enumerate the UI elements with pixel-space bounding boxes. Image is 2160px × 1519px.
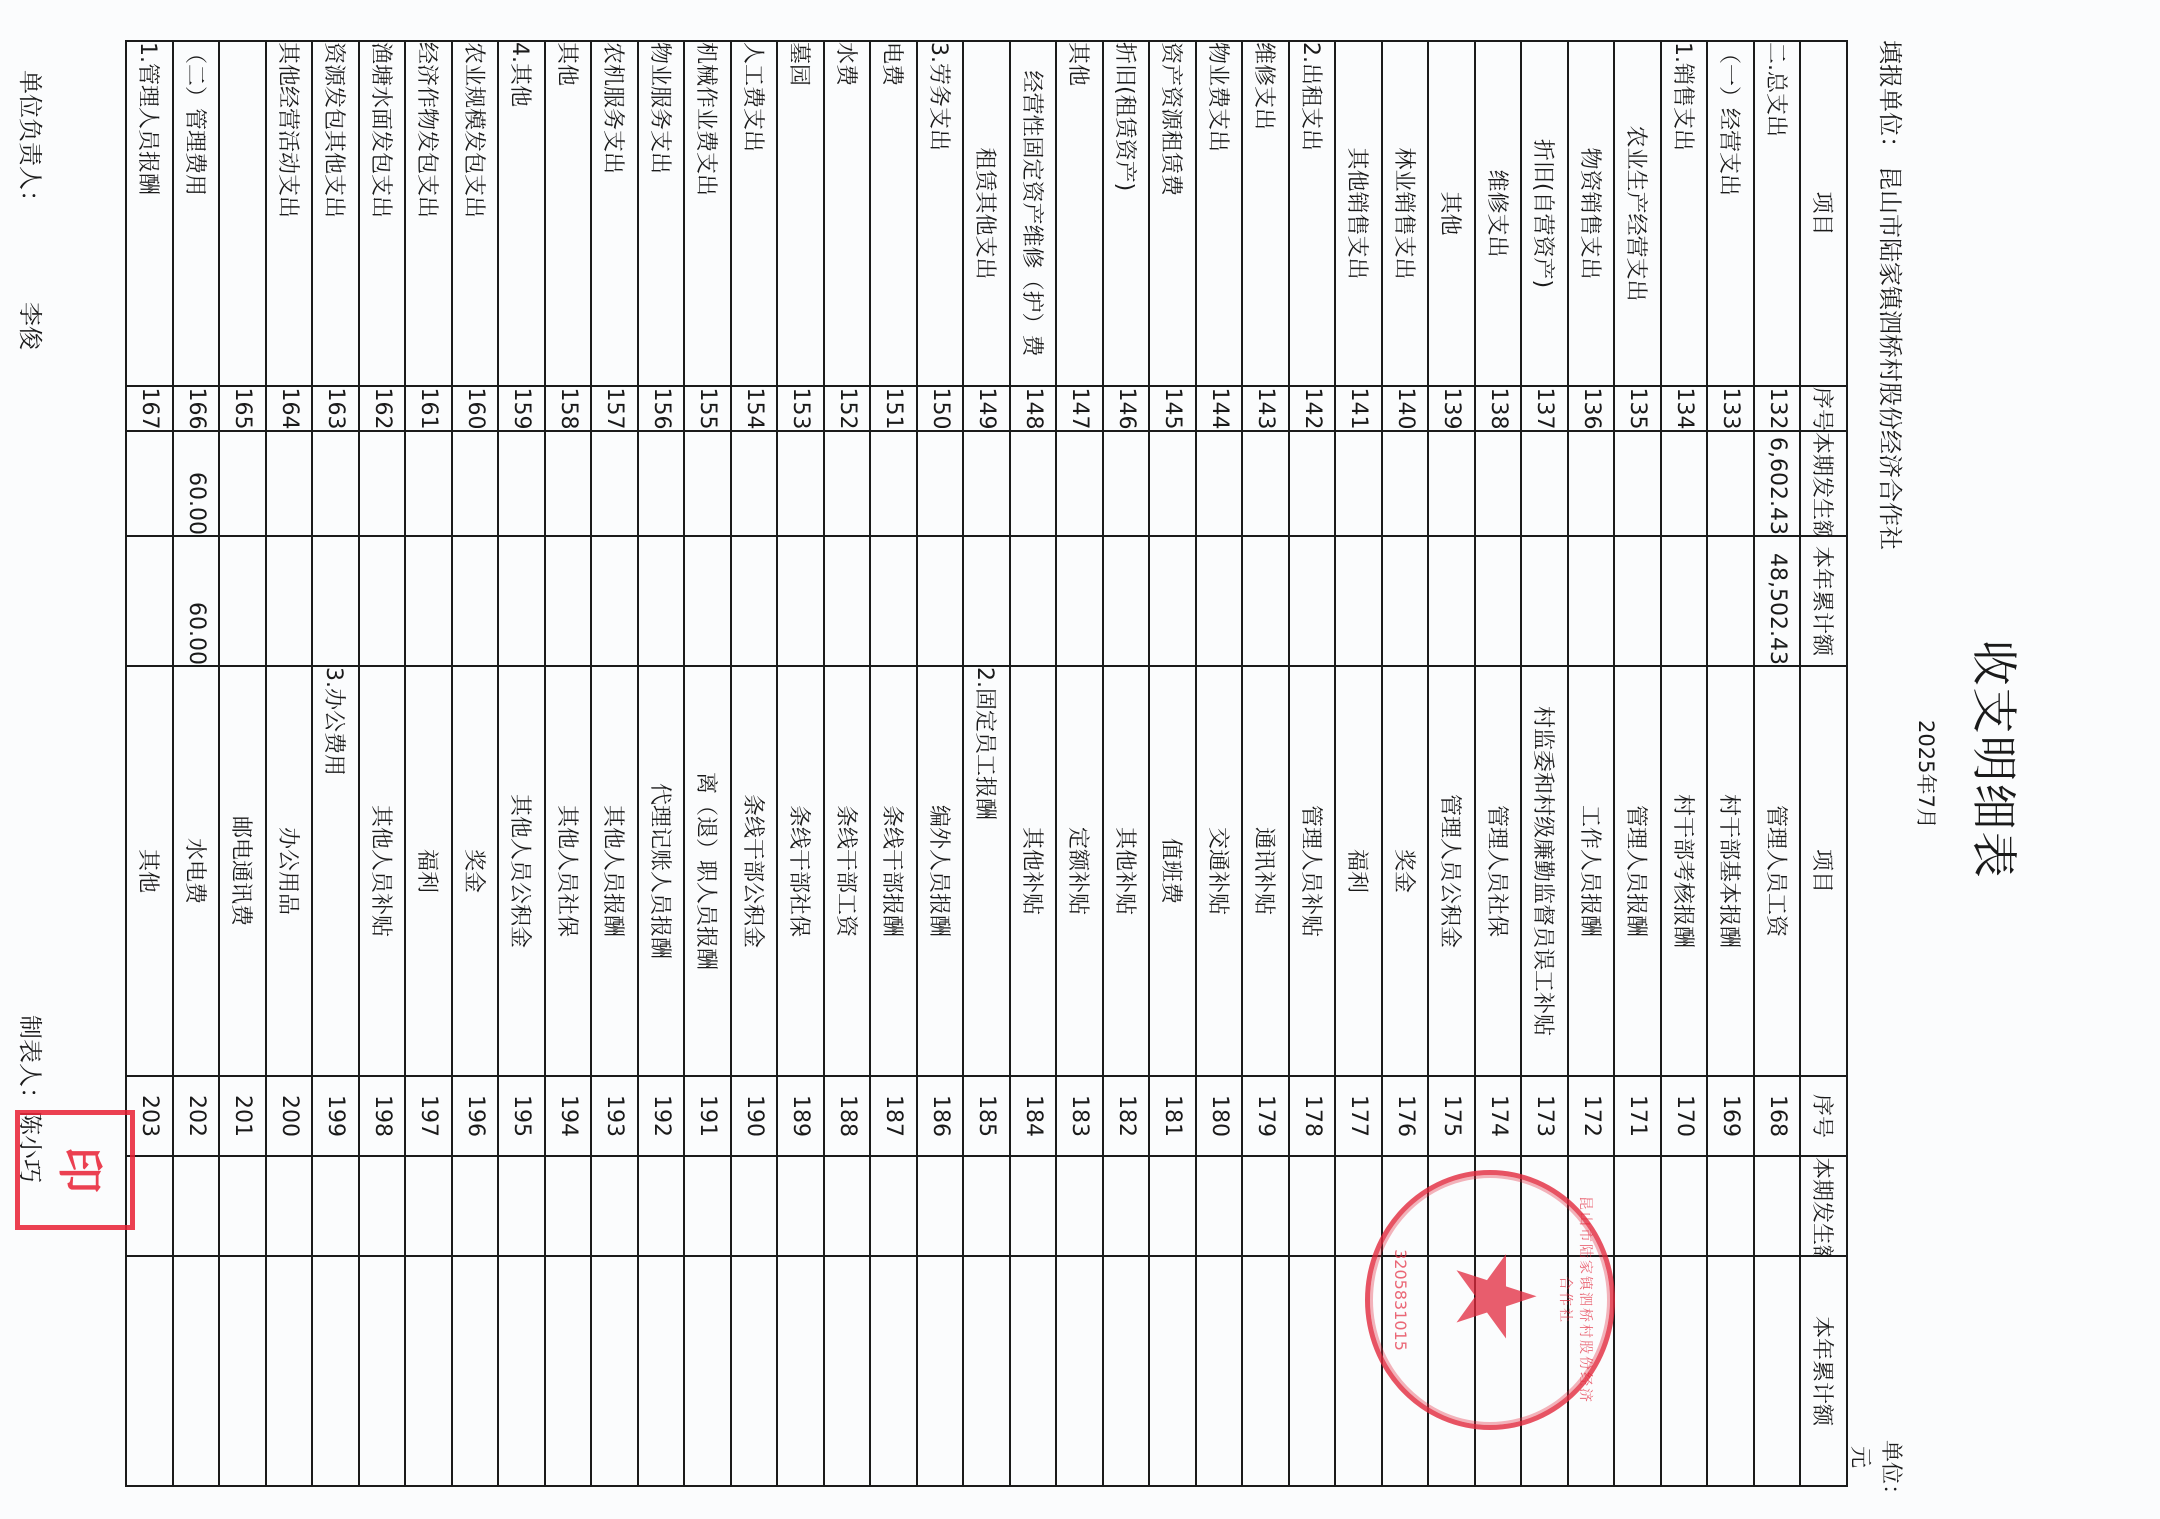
seq-cell: 135 [1615, 386, 1662, 431]
seq-cell: 132 [1754, 386, 1801, 431]
unit-head-name: 李俊 [16, 302, 44, 350]
seq-cell: 195 [499, 1076, 546, 1156]
ytd-amount-cell [964, 1256, 1011, 1486]
current-amount-cell [1103, 431, 1150, 536]
item-cell: 福利 [406, 666, 453, 1076]
item-cell: 编外人员报酬 [917, 666, 964, 1076]
current-amount-cell [1615, 431, 1662, 536]
current-amount-cell [1150, 1156, 1197, 1256]
current-amount-cell [1708, 431, 1755, 536]
item-cell: 值班费 [1150, 666, 1197, 1076]
ytd-amount-cell [1103, 1256, 1150, 1486]
current-amount-cell [1336, 1156, 1383, 1256]
current-amount-cell: 60.00 [173, 431, 220, 536]
item-cell: 林业销售支出 [1382, 41, 1429, 386]
item-cell: 管理人员报酬 [1615, 666, 1662, 1076]
current-amount-cell [499, 1156, 546, 1256]
preparer-label: 制表人： [16, 1015, 44, 1111]
seal-code: 3205831015 [1391, 1205, 1410, 1395]
item-cell: 墓园 [778, 41, 825, 386]
seq-cell: 192 [638, 1076, 685, 1156]
ytd-amount-cell [1010, 536, 1057, 666]
table-row: 水费152条线干部工资188 [824, 41, 871, 1486]
table-row: 渔塘水面发包支出162其他人员补贴198 [359, 41, 406, 1486]
table-row: 1.销售支出134村干部考核报酬170 [1661, 41, 1708, 1486]
item-cell: 其他 [127, 666, 174, 1076]
current-amount-cell [731, 431, 778, 536]
ytd-amount-cell [1382, 536, 1429, 666]
table-row: 1.管理人员报酬167其他203 [127, 41, 174, 1486]
current-amount-cell [266, 1156, 313, 1256]
item-cell [220, 41, 267, 386]
current-amount-cell: 6,602.43 [1754, 431, 1801, 536]
seq-cell: 163 [313, 386, 360, 431]
ytd-amount-cell [592, 536, 639, 666]
table-row: 物业费支出144交通补贴180 [1196, 41, 1243, 1486]
seq-cell: 145 [1150, 386, 1197, 431]
seq-cell: 193 [592, 1076, 639, 1156]
seq-cell: 160 [452, 386, 499, 431]
table-row: 折旧(租赁资产)146其他补贴182 [1103, 41, 1150, 1486]
ytd-amount-cell [313, 536, 360, 666]
ytd-amount-cell [1615, 1256, 1662, 1486]
item-cell: 管理人员补贴 [1289, 666, 1336, 1076]
ytd-amount-cell [1475, 536, 1522, 666]
ytd-amount-cell [545, 536, 592, 666]
table-row: 3.劳务支出150编外人员报酬186 [917, 41, 964, 1486]
current-amount-cell [824, 431, 871, 536]
ytd-amount-cell [917, 536, 964, 666]
seq-cell: 197 [406, 1076, 453, 1156]
unit-head-signature: 单位负责人：李俊 [15, 70, 50, 350]
ytd-amount-cell [1708, 536, 1755, 666]
seq-cell: 180 [1196, 1076, 1243, 1156]
seq-cell: 138 [1475, 386, 1522, 431]
item-cell: 渔塘水面发包支出 [359, 41, 406, 386]
item-cell: 3.劳务支出 [917, 41, 964, 386]
current-amount-cell [1057, 1156, 1104, 1256]
item-cell: 物资销售支出 [1568, 41, 1615, 386]
current-amount-cell [1429, 431, 1476, 536]
ytd-amount-cell [127, 1256, 174, 1486]
item-cell: 管理人员工资 [1754, 666, 1801, 1076]
col-header-ytd: 本年累计额 [1801, 536, 1848, 666]
seq-cell: 196 [452, 1076, 499, 1156]
item-cell: 资产资源租赁费 [1150, 41, 1197, 386]
table-row: 机械作业费支出155离（退）职人员报酬191 [685, 41, 732, 1486]
seq-cell: 182 [1103, 1076, 1150, 1156]
ytd-amount-cell [685, 1256, 732, 1486]
current-amount-cell [1382, 431, 1429, 536]
current-amount-cell [406, 1156, 453, 1256]
ytd-amount-cell [1708, 1256, 1755, 1486]
current-amount-cell [1243, 431, 1290, 536]
seq-cell: 183 [1057, 1076, 1104, 1156]
item-cell: 其他人员报酬 [592, 666, 639, 1076]
item-cell: 经营性固定资产维修（护）费 [1010, 41, 1057, 386]
item-cell: 邮电通讯费 [220, 666, 267, 1076]
seq-cell: 159 [499, 386, 546, 431]
ytd-amount-cell [1103, 536, 1150, 666]
seq-cell: 168 [1754, 1076, 1801, 1156]
item-cell: 其他补贴 [1010, 666, 1057, 1076]
current-amount-cell [545, 1156, 592, 1256]
seq-cell: 167 [127, 386, 174, 431]
ytd-amount-cell [313, 1256, 360, 1486]
col-header-item: 项目 [1801, 666, 1848, 1076]
current-amount-cell [1754, 1156, 1801, 1256]
seq-cell: 149 [964, 386, 1011, 431]
official-round-seal: 昆山市陆家镇泗桥村股份经济合作社 ★ 3205831015 [1365, 1170, 1615, 1430]
current-amount-cell [1010, 431, 1057, 536]
current-amount-cell [313, 431, 360, 536]
current-amount-cell [1103, 1156, 1150, 1256]
current-amount-cell [359, 431, 406, 536]
item-cell: 水费 [824, 41, 871, 386]
seq-cell: 137 [1522, 386, 1569, 431]
item-cell: 经济作物发包支出 [406, 41, 453, 386]
ytd-amount-cell [1289, 536, 1336, 666]
ytd-amount-cell [685, 536, 732, 666]
reporting-unit-label: 填报单位： [1876, 40, 1904, 160]
ytd-amount-cell [1754, 1256, 1801, 1486]
item-cell: 物业服务支出 [638, 41, 685, 386]
seq-cell: 161 [406, 386, 453, 431]
item-cell: 村干部考核报酬 [1661, 666, 1708, 1076]
current-amount-cell [1615, 1156, 1662, 1256]
ytd-amount-cell [452, 1256, 499, 1486]
col-header-current: 本期发生额 [1801, 1156, 1848, 1256]
seq-cell: 190 [731, 1076, 778, 1156]
ytd-amount-cell [266, 1256, 313, 1486]
current-amount-cell [127, 431, 174, 536]
ytd-amount-cell [1010, 1256, 1057, 1486]
ytd-amount-cell [1661, 536, 1708, 666]
item-cell: 条线干部报酬 [871, 666, 918, 1076]
item-cell: 条线干部工资 [824, 666, 871, 1076]
seq-cell: 164 [266, 386, 313, 431]
ytd-amount-cell [1336, 536, 1383, 666]
current-amount-cell [1475, 431, 1522, 536]
seq-cell: 188 [824, 1076, 871, 1156]
table-row: 维修支出143通讯补贴179 [1243, 41, 1290, 1486]
seq-cell: 184 [1010, 1076, 1057, 1156]
item-cell: 交通补贴 [1196, 666, 1243, 1076]
current-amount-cell [1522, 431, 1569, 536]
table-row: 墓园153条线干部社保189 [778, 41, 825, 1486]
item-cell: 其他人员补贴 [359, 666, 406, 1076]
table-row: 物业服务支出156代理记账人员报酬192 [638, 41, 685, 1486]
item-cell: 2.出租支出 [1289, 41, 1336, 386]
current-amount-cell [1336, 431, 1383, 536]
ytd-amount-cell [1196, 1256, 1243, 1486]
ytd-amount-cell [499, 1256, 546, 1486]
current-amount-cell [917, 431, 964, 536]
current-amount-cell [1243, 1156, 1290, 1256]
ytd-amount-cell [871, 1256, 918, 1486]
item-cell: 其他 [1057, 41, 1104, 386]
item-cell: 管理人员公积金 [1429, 666, 1476, 1076]
item-cell: 电费 [871, 41, 918, 386]
table-row: 其他经营活动支出164办公用品200 [266, 41, 313, 1486]
current-amount-cell [452, 431, 499, 536]
seq-cell: 139 [1429, 386, 1476, 431]
ytd-amount-cell [1243, 1256, 1290, 1486]
ytd-amount-cell [406, 1256, 453, 1486]
ytd-amount-cell [638, 536, 685, 666]
ytd-amount-cell [220, 1256, 267, 1486]
current-amount-cell [1661, 1156, 1708, 1256]
col-header-ytd: 本年累计额 [1801, 1256, 1848, 1486]
ytd-amount-cell [220, 536, 267, 666]
seq-cell: 150 [917, 386, 964, 431]
table-row: 资产资源租赁费145值班费181 [1150, 41, 1197, 1486]
item-cell: 离（退）职人员报酬 [685, 666, 732, 1076]
seq-cell: 171 [1615, 1076, 1662, 1156]
item-cell: 人工费支出 [731, 41, 778, 386]
seal-ring-text: 昆山市陆家镇泗桥村股份经济合作社 [1556, 1193, 1596, 1407]
item-cell: 通讯补贴 [1243, 666, 1290, 1076]
current-amount-cell [1196, 1156, 1243, 1256]
ytd-amount-cell [1243, 536, 1290, 666]
item-cell: 条线干部公积金 [731, 666, 778, 1076]
ytd-amount-cell [452, 536, 499, 666]
col-header-item: 项目 [1801, 41, 1848, 386]
item-cell: 农业生产经营支出 [1615, 41, 1662, 386]
ytd-amount-cell [173, 1256, 220, 1486]
ytd-amount-cell [1057, 536, 1104, 666]
col-header-current: 本期发生额 [1801, 431, 1848, 536]
ytd-amount-cell [545, 1256, 592, 1486]
table-row: 租赁其他支出1492.固定员工报酬185 [964, 41, 1011, 1486]
item-cell: 村干部基本报酬 [1708, 666, 1755, 1076]
item-cell: 村监委和村级廉勤监督员误工补贴 [1522, 666, 1569, 1076]
item-cell: 其他人员社保 [545, 666, 592, 1076]
seq-cell: 152 [824, 386, 871, 431]
seq-cell: 141 [1336, 386, 1383, 431]
item-cell: 工作人员报酬 [1568, 666, 1615, 1076]
document-title: 收支明细表 [1964, 0, 2030, 1519]
statement-document: 收支明细表 2025年7月 填报单位：昆山市陆家镇泗桥村股份经济合作社 单位：元… [0, 0, 2160, 1519]
seq-cell: 178 [1289, 1076, 1336, 1156]
current-amount-cell [592, 431, 639, 536]
ytd-amount-cell [1522, 536, 1569, 666]
item-cell: 农业规模发包支出 [452, 41, 499, 386]
item-cell: 2.固定员工报酬 [964, 666, 1011, 1076]
current-amount-cell [778, 1156, 825, 1256]
table-row: 经济作物发包支出161福利197 [406, 41, 453, 1486]
item-cell: 管理人员社保 [1475, 666, 1522, 1076]
seq-cell: 133 [1708, 386, 1755, 431]
star-icon: ★ [1440, 1247, 1550, 1346]
ytd-amount-cell [1150, 536, 1197, 666]
current-amount-cell [220, 1156, 267, 1256]
item-cell: 资源发包其他支出 [313, 41, 360, 386]
current-amount-cell [824, 1156, 871, 1256]
table-row: 农机服务支出157其他人员报酬193 [592, 41, 639, 1486]
current-amount-cell [638, 431, 685, 536]
current-amount-cell [731, 1156, 778, 1256]
seq-cell: 176 [1382, 1076, 1429, 1156]
seq-cell: 148 [1010, 386, 1057, 431]
item-cell: 3.办公费用 [313, 666, 360, 1076]
table-row: 其他147定额补贴183 [1057, 41, 1104, 1486]
item-cell: 福利 [1336, 666, 1383, 1076]
seq-cell: 185 [964, 1076, 1011, 1156]
seq-cell: 156 [638, 386, 685, 431]
seq-cell: 157 [592, 386, 639, 431]
item-cell: 其他人员公积金 [499, 666, 546, 1076]
item-cell: 奖金 [452, 666, 499, 1076]
ytd-amount-cell: 60.00 [173, 536, 220, 666]
current-amount-cell [871, 1156, 918, 1256]
seq-cell: 155 [685, 386, 732, 431]
ytd-amount-cell [1057, 1256, 1104, 1486]
current-amount-cell [1289, 431, 1336, 536]
table-row: 电费151条线干部报酬187 [871, 41, 918, 1486]
current-amount-cell [1289, 1156, 1336, 1256]
item-cell: 其他 [1429, 41, 1476, 386]
seq-cell: 189 [778, 1076, 825, 1156]
current-amount-cell [778, 431, 825, 536]
ytd-amount-cell [731, 1256, 778, 1486]
item-cell: 其他补贴 [1103, 666, 1150, 1076]
current-amount-cell [313, 1156, 360, 1256]
item-cell: 维修支出 [1475, 41, 1522, 386]
currency-unit-label: 单位： [1878, 1440, 1903, 1506]
table-row: 农业生产经营支出135管理人员报酬171 [1615, 41, 1662, 1486]
seq-cell: 154 [731, 386, 778, 431]
table-row: 2.出租支出142管理人员补贴178 [1289, 41, 1336, 1486]
current-amount-cell [1196, 431, 1243, 536]
seq-cell: 187 [871, 1076, 918, 1156]
seq-cell: 170 [1661, 1076, 1708, 1156]
item-cell: 水电费 [173, 666, 220, 1076]
item-cell: 办公用品 [266, 666, 313, 1076]
ytd-amount-cell [778, 536, 825, 666]
item-cell: 其他 [545, 41, 592, 386]
table-row: 165邮电通讯费201 [220, 41, 267, 1486]
seq-cell: 158 [545, 386, 592, 431]
current-amount-cell [1010, 1156, 1057, 1256]
item-cell: 维修支出 [1243, 41, 1290, 386]
seq-cell: 198 [359, 1076, 406, 1156]
seq-cell: 179 [1243, 1076, 1290, 1156]
seq-cell: 200 [266, 1076, 313, 1156]
seq-cell: 153 [778, 386, 825, 431]
seq-cell: 140 [1382, 386, 1429, 431]
seq-cell: 173 [1522, 1076, 1569, 1156]
current-amount-cell [220, 431, 267, 536]
item-cell: 农机服务支出 [592, 41, 639, 386]
table-row: 4.其他159其他人员公积金195 [499, 41, 546, 1486]
item-cell: 折旧(自营资产) [1522, 41, 1569, 386]
current-amount-cell [359, 1156, 406, 1256]
current-amount-cell [871, 431, 918, 536]
currency-unit-value: 元 [1847, 1446, 1872, 1468]
ytd-amount-cell [1289, 1256, 1336, 1486]
item-cell: 物业费支出 [1196, 41, 1243, 386]
item-cell: 其他经营活动支出 [266, 41, 313, 386]
item-cell: （二）管理费用 [173, 41, 220, 386]
seq-cell: 191 [685, 1076, 732, 1156]
reporting-unit: 填报单位：昆山市陆家镇泗桥村股份经济合作社 [1875, 40, 1910, 550]
ytd-amount-cell [638, 1256, 685, 1486]
table-row: 人工费支出154条线干部公积金190 [731, 41, 778, 1486]
seq-cell: 166 [173, 386, 220, 431]
item-cell: 4.其他 [499, 41, 546, 386]
personal-square-seal: 印 [15, 1110, 135, 1230]
table-row: 农业规模发包支出160奖金196 [452, 41, 499, 1486]
ytd-amount-cell [778, 1256, 825, 1486]
seq-cell: 199 [313, 1076, 360, 1156]
ytd-amount-cell [406, 536, 453, 666]
unit-head-label: 单位负责人： [16, 70, 44, 214]
current-amount-cell [406, 431, 453, 536]
item-cell: 折旧(租赁资产) [1103, 41, 1150, 386]
item-cell: 代理记账人员报酬 [638, 666, 685, 1076]
current-amount-cell [1661, 431, 1708, 536]
currency-unit: 单位：元 [1846, 1440, 1908, 1519]
current-amount-cell [964, 1156, 1011, 1256]
ytd-amount-cell [1568, 536, 1615, 666]
item-cell: 1.销售支出 [1661, 41, 1708, 386]
current-amount-cell [173, 1156, 220, 1256]
current-amount-cell [1708, 1156, 1755, 1256]
seq-cell: 142 [1289, 386, 1336, 431]
item-cell: 二.总支出 [1754, 41, 1801, 386]
item-cell: 其他销售支出 [1336, 41, 1383, 386]
current-amount-cell [266, 431, 313, 536]
report-period: 2025年7月 [1912, 720, 1942, 829]
seq-cell: 172 [1568, 1076, 1615, 1156]
ytd-amount-cell [1615, 536, 1662, 666]
ytd-amount-cell [917, 1256, 964, 1486]
seq-cell: 165 [220, 386, 267, 431]
current-amount-cell [1057, 431, 1104, 536]
ytd-amount-cell [592, 1256, 639, 1486]
current-amount-cell [917, 1156, 964, 1256]
item-cell: 奖金 [1382, 666, 1429, 1076]
ytd-amount-cell [824, 536, 871, 666]
ytd-amount-cell [359, 1256, 406, 1486]
seq-cell: 169 [1708, 1076, 1755, 1156]
current-amount-cell [1150, 431, 1197, 536]
seq-cell: 186 [917, 1076, 964, 1156]
current-amount-cell [1568, 431, 1615, 536]
table-row: 经营性固定资产维修（护）费148其他补贴184 [1010, 41, 1057, 1486]
ytd-amount-cell [731, 536, 778, 666]
reporting-unit-name: 昆山市陆家镇泗桥村股份经济合作社 [1876, 166, 1904, 550]
item-cell: 条线干部社保 [778, 666, 825, 1076]
seq-cell: 201 [220, 1076, 267, 1156]
table-row: 二.总支出1326,602.4348,502.43管理人员工资168 [1754, 41, 1801, 1486]
col-header-seq: 序号 [1801, 1076, 1848, 1156]
col-header-seq: 序号 [1801, 386, 1848, 431]
seq-cell: 151 [871, 386, 918, 431]
ytd-amount-cell [499, 536, 546, 666]
ytd-amount-cell [359, 536, 406, 666]
item-cell: 租赁其他支出 [964, 41, 1011, 386]
ytd-amount-cell [127, 536, 174, 666]
ytd-amount-cell: 48,502.43 [1754, 536, 1801, 666]
table-row: （二）管理费用16660.0060.00水电费202 [173, 41, 220, 1486]
seq-cell: 194 [545, 1076, 592, 1156]
ytd-amount-cell [1661, 1256, 1708, 1486]
seq-cell: 162 [359, 386, 406, 431]
table-header-row: 项目 序号 本期发生额 本年累计额 项目 序号 本期发生额 本年累计额 [1801, 41, 1848, 1486]
table-row: 资源发包其他支出1633.办公费用199 [313, 41, 360, 1486]
